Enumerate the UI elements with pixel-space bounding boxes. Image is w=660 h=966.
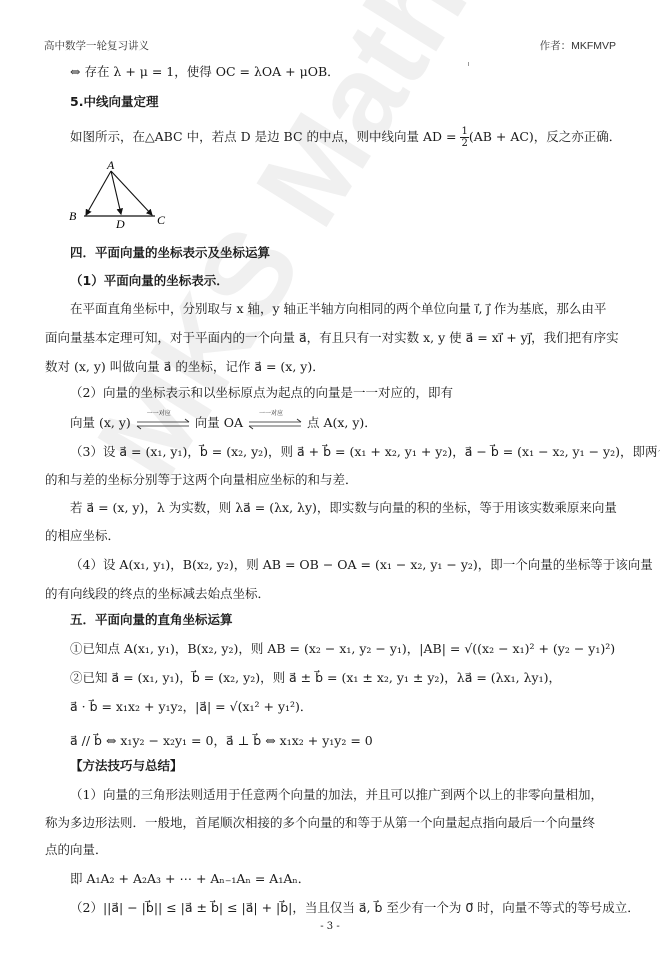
triangle-median-diagram: A B C D — [64, 158, 174, 230]
method-1-line-2: 称为多边形法则．一般地，首尾顺次相接的多个向量的和等于从第一个向量起点指向最后一… — [45, 817, 595, 830]
paragraph-4-line-1: （4）设 A(x₁, y₁)，B(x₂, y₂)，则 AB = OB − OA … — [70, 559, 653, 572]
paragraph-1-line-1: 在平面直角坐标中，分别取与 x 轴，y 轴正半轴方向相同的两个单位向量 i⃗, … — [70, 303, 606, 316]
stray-mark — [468, 62, 469, 66]
section-5-heading: 五．平面向量的直角坐标运算 — [70, 614, 233, 627]
median-text-pre: 如图所示，在△ABC 中，若点 D 是边 BC 的中点，则中线向量 AD = — [70, 129, 456, 144]
header-author: 作者：MKFMVP — [540, 38, 616, 53]
rule-1: ①已知点 A(x₁, y₁)，B(x₂, y₂)，则 AB = (x₂ − x₁… — [70, 643, 615, 656]
median-theorem-text: 如图所示，在△ABC 中，若点 D 是边 BC 的中点，则中线向量 AD = 1… — [70, 126, 621, 149]
double-arrow-icon — [135, 418, 191, 430]
label-d: D — [115, 217, 125, 230]
method-1-line-3: 点的向量． — [45, 844, 108, 857]
rule-3: a⃗ · b⃗ = x₁x₂ + y₁y₂，|a⃗| = √(x₁² + y₁²… — [70, 701, 312, 714]
paragraph-1-line-2: 面向量基本定理可知，对于平面内的一个向量 a⃗，有且只有一对实数 x, y 使 … — [45, 332, 619, 345]
vector-oa: 向量 OA — [195, 415, 243, 430]
paragraph-2-line-1: （2）向量的坐标表示和以坐标原点为起点的向量是一一对应的，即有 — [70, 387, 453, 400]
point-a: 点 A(x, y)． — [307, 415, 377, 430]
section-4-subtitle-1: （1）平面向量的坐标表示． — [70, 275, 229, 288]
paragraph-4-line-2: 的有向线段的终点的坐标减去始点坐标． — [45, 588, 270, 601]
page-number: - 3 - — [0, 921, 660, 932]
label-a: A — [106, 158, 115, 172]
equivalence-line: ⇔ 存在 λ + μ = 1，使得 OC = λOA + μOB． — [70, 66, 340, 79]
section-4-title: 四．平面向量的坐标表示及坐标运算 — [70, 247, 270, 260]
paragraph-1-line-3: 数对 (x, y) 叫做向量 a⃗ 的坐标，记作 a⃗ = (x, y)． — [45, 361, 325, 374]
method-summary-title: 【方法技巧与总结】 — [70, 760, 183, 773]
correspondence-line: 向量 (x, y) 一一对应 向量 OA 一一对应 点 A(x, y)． — [70, 417, 377, 430]
vector-coord: 向量 (x, y) — [70, 415, 131, 430]
author-name: MKFMVP — [571, 40, 616, 52]
paragraph-3-line-3: 若 a⃗ = (x, y)，λ 为实数，则 λa⃗ = (λx, λy)，即实数… — [70, 502, 617, 515]
label-c: C — [157, 213, 166, 227]
paragraph-3-line-4: 的相应坐标． — [45, 530, 120, 543]
author-label: 作者： — [540, 40, 572, 52]
header-title: 高中数学一轮复习讲义 — [44, 38, 149, 53]
document-page: MKS Math Park 高中数学一轮复习讲义 作者：MKFMVP ⇔ 存在 … — [0, 0, 660, 966]
fraction-one-half: 12 — [460, 126, 468, 149]
bijection-arrow-2: 一一对应 — [247, 418, 303, 430]
method-1-line-4: 即 A₁A₂ + A₂A₃ + ⋯ + Aₙ₋₁Aₙ = A₁Aₙ． — [70, 873, 310, 886]
paragraph-3-line-1: （3）设 a⃗ = (x₁, y₁)，b⃗ = (x₂, y₂)，则 a⃗ + … — [70, 446, 660, 459]
rule-4: a⃗ // b⃗ ⇔ x₁y₂ − x₂y₁ = 0，a⃗ ⊥ b⃗ ⇔ x₁x… — [70, 735, 373, 748]
section-5-title: 5.中线向量定理 — [70, 96, 158, 109]
bijection-arrow-1: 一一对应 — [135, 418, 191, 430]
rule-2: ②已知 a⃗ = (x₁, y₁)，b⃗ = (x₂, y₂)，则 a⃗ ± b… — [70, 672, 561, 685]
double-arrow-icon — [247, 418, 303, 430]
method-1-line-1: （1）向量的三角形法则适用于任意两个向量的加法，并且可以推广到两个以上的非零向量… — [70, 789, 603, 802]
paragraph-3-line-2: 的和与差的坐标分别等于这两个向量相应坐标的和与差． — [45, 474, 358, 487]
median-text-post: (AB + AC)，反之亦正确． — [469, 129, 621, 144]
method-2: （2）||a⃗| − |b⃗|| ≤ |a⃗ ± b⃗| ≤ |a⃗| + |b… — [70, 902, 640, 915]
label-b: B — [69, 209, 77, 223]
